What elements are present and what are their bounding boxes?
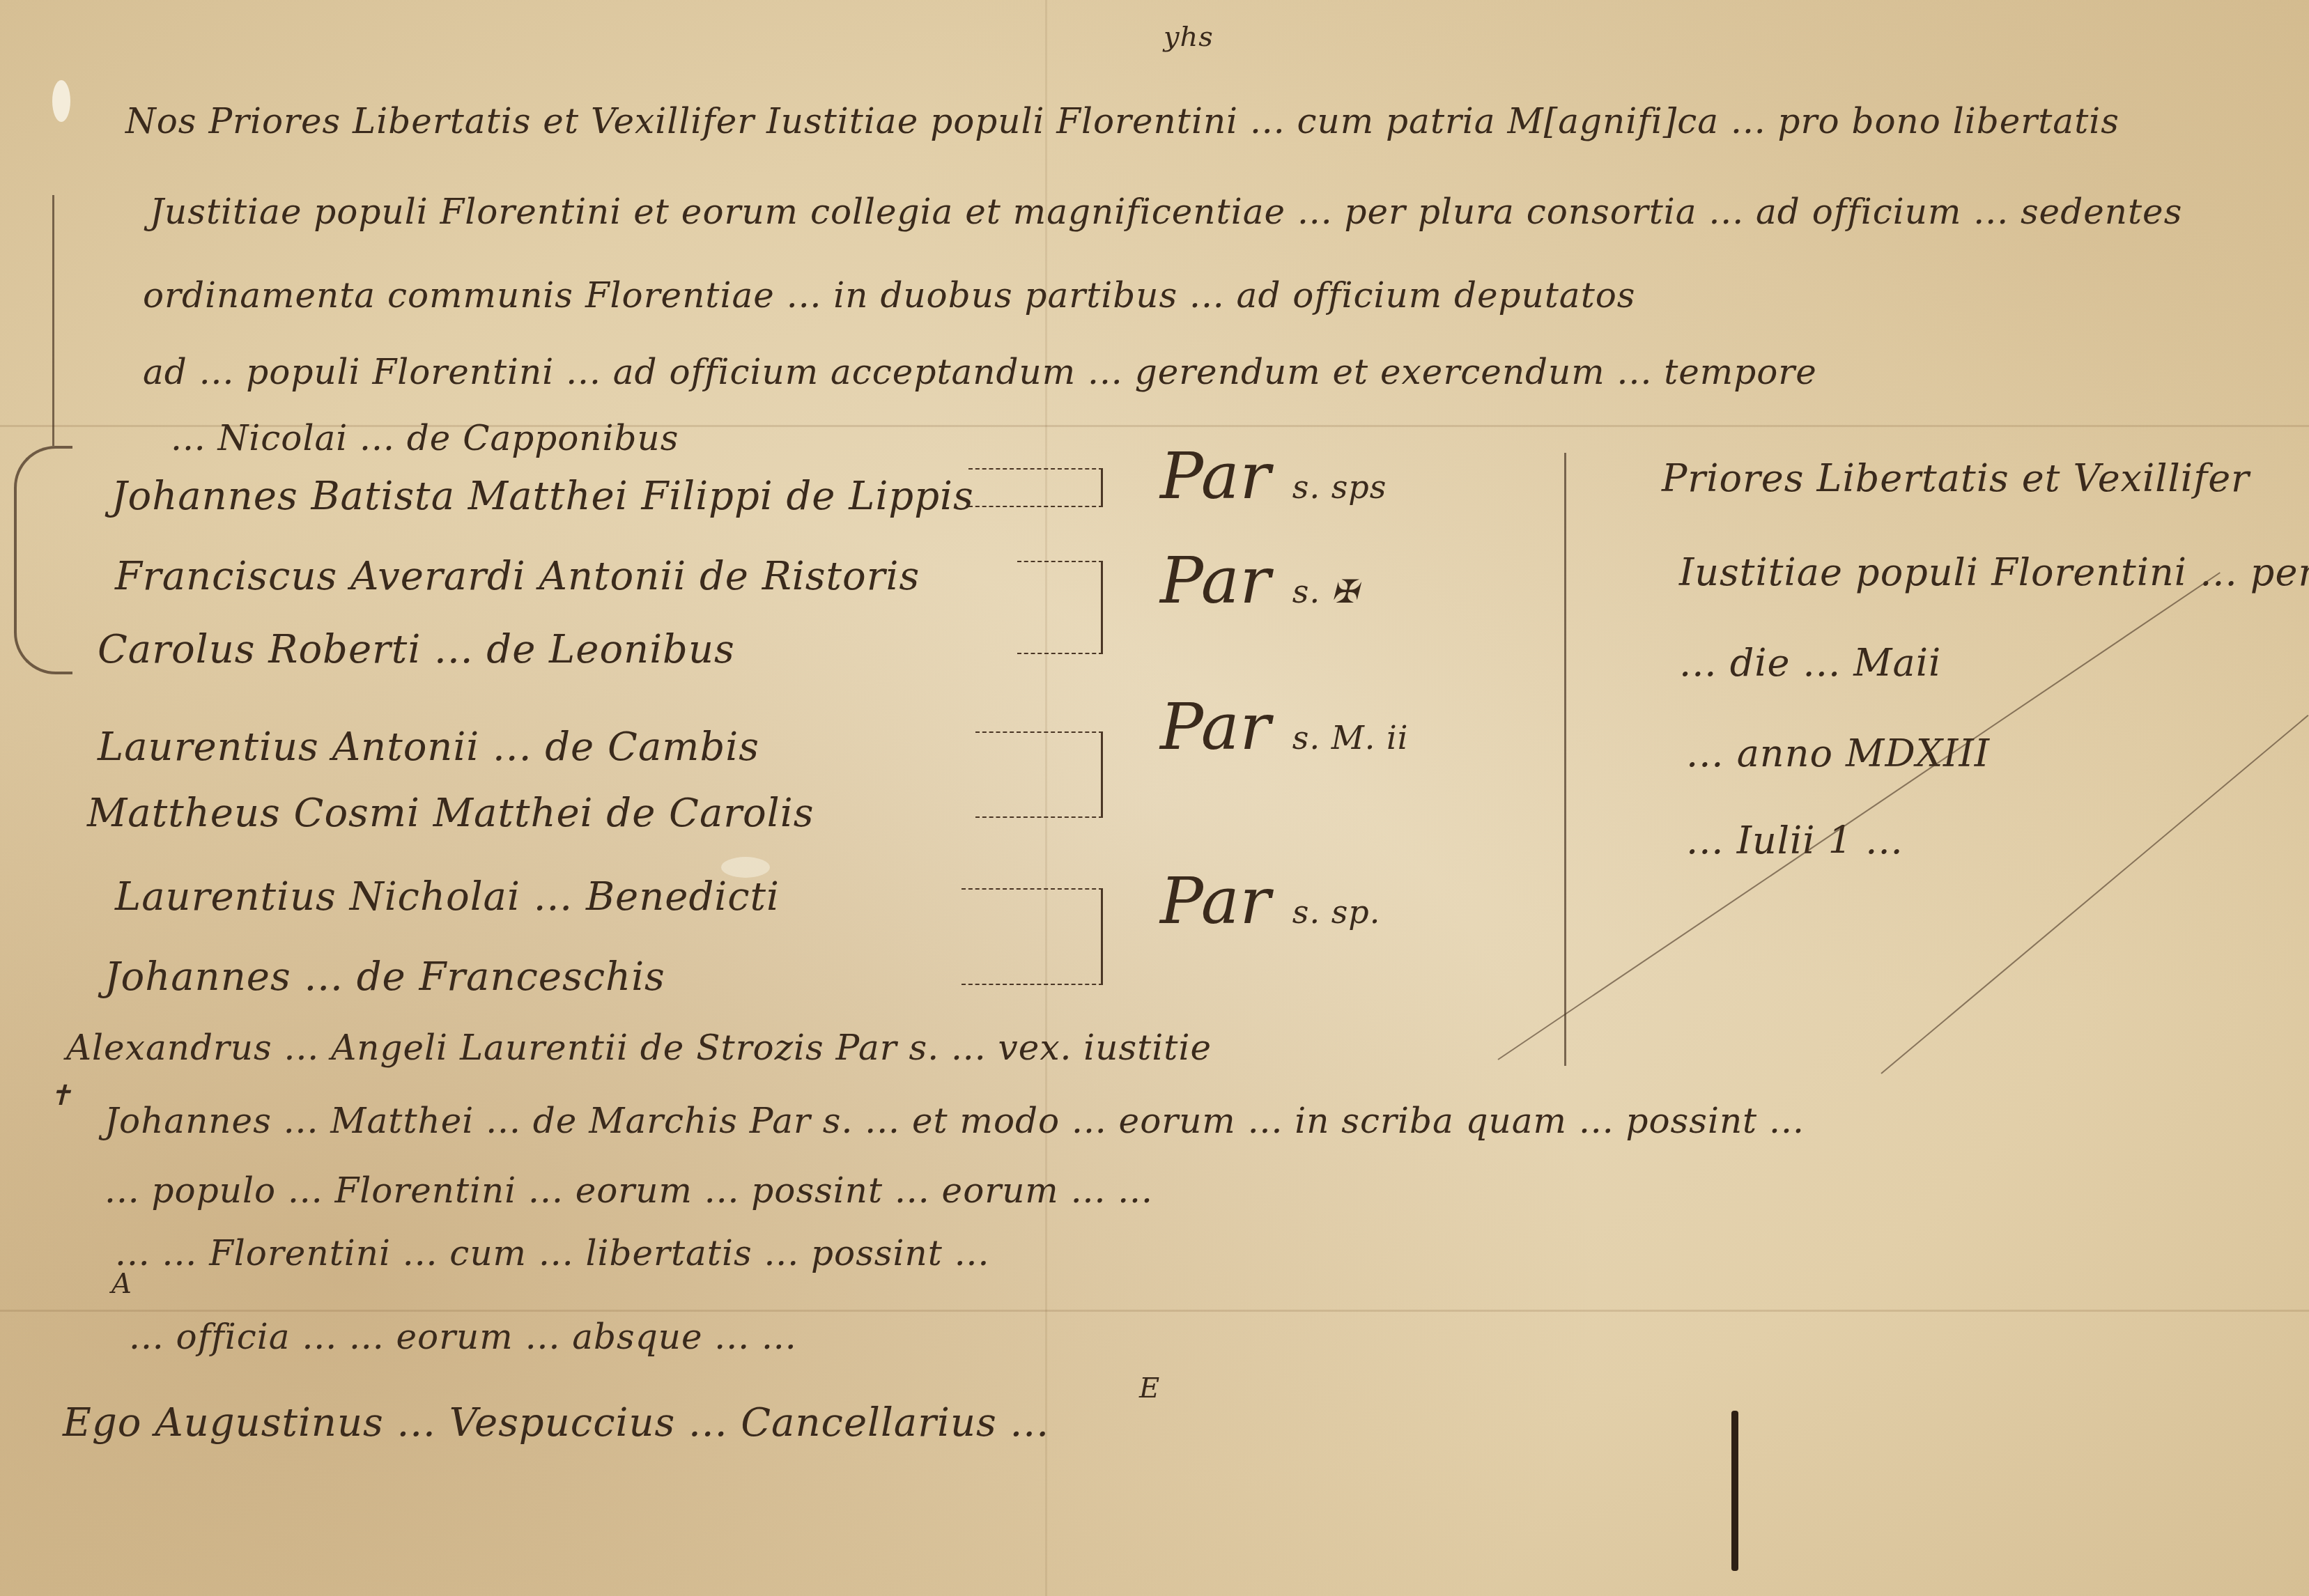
column-divider (1564, 453, 1566, 1066)
parchment-hole (52, 80, 70, 122)
right-column-line: Priores Libertatis et Vexillifer (1662, 456, 2250, 500)
name-entry: Johannes Batista Matthei Filippi de Lipp… (111, 474, 974, 519)
body-line: ad ... populi Florentini ... ad officium… (143, 352, 1817, 392)
body-line: Nos Priores Libertatis et Vexillifer Ius… (125, 101, 2119, 141)
margin-flourish (14, 446, 72, 674)
pair-bracket (962, 888, 1103, 985)
lower-line: ... ... Florentini ... cum ... libertati… (115, 1233, 989, 1273)
right-column-line: ... Iulii 1 ... (1686, 819, 1903, 862)
lower-line: ... populo ... Florentini ... eorum ... … (105, 1170, 1153, 1211)
name-entry: Laurentius Nicholai ... Benedicti (115, 874, 780, 920)
name-entry: Johannes ... de Franceschis (105, 954, 665, 1000)
notary-signum (1731, 1411, 1738, 1571)
right-column-line: ... die ... Maii (1679, 641, 1941, 685)
name-entry: Laurentius Antonii ... de Cambis (98, 725, 759, 770)
lower-line: Johannes ... Matthei ... de Marchis Par … (105, 1101, 1805, 1141)
lower-line: Alexandrus ... Angeli Laurentii de Stroz… (66, 1028, 1212, 1068)
body-line: ordinamenta communis Florentiae ... in d… (143, 275, 1636, 316)
header-mark: yhs (1164, 21, 1214, 53)
margin-mark: ✝ (49, 1080, 73, 1112)
par-entry: Par s. sps (1160, 439, 1387, 513)
pair-bracket (968, 468, 1103, 507)
lower-line: ... officia ... ... eorum ... absque ...… (129, 1317, 797, 1357)
body-line: Justitiae populi Florentini et eorum col… (150, 192, 2182, 232)
par-entry: Par s. sp. (1160, 864, 1380, 938)
pair-bracket (1017, 561, 1103, 654)
fold-crease (0, 1310, 2309, 1312)
par-entry: Par s. ✠ (1160, 543, 1359, 618)
name-entry: Mattheus Cosmi Matthei de Carolis (87, 791, 814, 836)
pair-bracket (975, 731, 1103, 818)
right-column-line: Iustitiae populi Florentini ... per ... (1679, 550, 2309, 594)
margin-mark: E (1139, 1372, 1160, 1404)
margin-mark: A (111, 1268, 132, 1300)
name-entry: Carolus Roberti ... de Leonibus (98, 627, 735, 672)
parchment-sheet: yhs Nos Priores Libertatis et Vexillifer… (0, 0, 2309, 1596)
par-entry: Par s. M. ii (1160, 690, 1408, 764)
margin-rule (52, 195, 54, 446)
closing-signature-line: Ego Augustinus ... Vespuccius ... Cancel… (63, 1400, 1049, 1446)
body-line: ... Nicolai ... de Capponibus (171, 418, 679, 458)
name-entry: Franciscus Averardi Antonii de Ristoris (115, 554, 920, 599)
right-column-line: ... anno MDXIII (1686, 731, 1990, 775)
